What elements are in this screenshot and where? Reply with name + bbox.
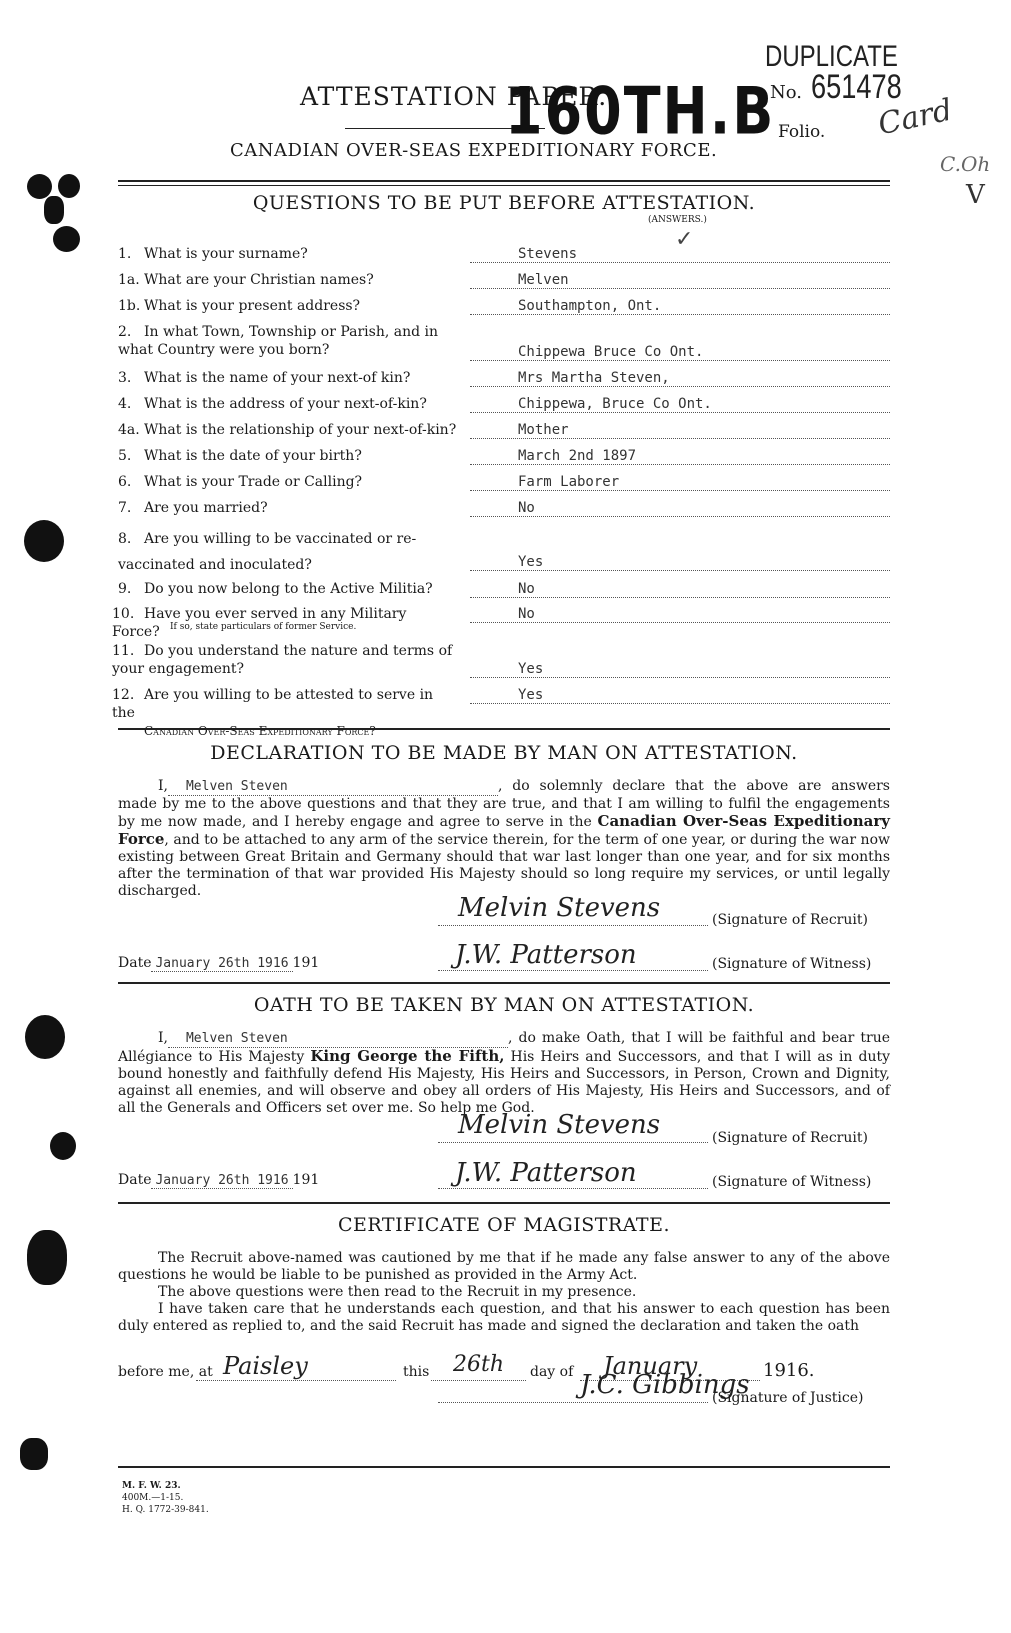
document-header: ATTESTATION PAPER. 160TH.B DUPLICATE No.… [0, 0, 1011, 170]
recruit-signature-1: Melvin Stevens [458, 893, 660, 923]
unit-stamp: 160TH.B [505, 74, 775, 150]
answer-date-of-birth: March 2nd 1897 [470, 447, 890, 465]
section-divider [118, 1202, 890, 1204]
punch-hole [24, 520, 64, 562]
answer-birthplace: Chippewa Bruce Co Ont. [470, 343, 890, 361]
place-value: Paisley [223, 1352, 308, 1380]
recruit-signature-line-1 [438, 925, 708, 926]
question-4: 4.What is the address of your next-of-ki… [118, 395, 458, 413]
question-1b: 1b.What is your present address? [118, 297, 458, 315]
question-2: 2.In what Town, Township or Parish, and … [118, 323, 458, 359]
answer-next-of-kin-address: Chippewa, Bruce Co Ont. [470, 395, 890, 413]
answer-vaccinated: Yes [470, 553, 890, 571]
question-1: 1.What is your surname? [118, 245, 458, 263]
oath-text: I,Melven Steven, do make Oath, that I wi… [118, 1030, 890, 1117]
declaration-date: DateJanuary 26th 1916191 [118, 955, 319, 971]
punch-hole [27, 174, 52, 199]
recruit-signature-2: Melvin Stevens [458, 1110, 660, 1140]
header-rule [118, 180, 890, 182]
section-divider [118, 728, 890, 730]
witness-signature-1: J.W. Patterson [455, 940, 637, 970]
document-subtitle: CANADIAN OVER-SEAS EXPEDITIONARY FORCE. [230, 140, 717, 161]
recruit-signature-label-2: (Signature of Recruit) [712, 1130, 868, 1146]
answer-married: No [470, 499, 890, 517]
answer-active-militia: No [470, 580, 890, 598]
day-line [431, 1380, 526, 1381]
witness-signature-line-1 [438, 970, 708, 971]
answer-willing-to-serve: Yes [470, 686, 890, 704]
declaration-title: DECLARATION TO BE MADE BY MAN ON ATTESTA… [118, 742, 890, 764]
questions-title: QUESTIONS TO BE PUT BEFORE ATTESTATION. [118, 192, 890, 214]
recruit-signature-label-1: (Signature of Recruit) [712, 912, 868, 928]
certificate-place-date-row: before me, at Paisley this 26th day of J… [118, 1352, 890, 1382]
declaration-name-field: Melven Steven [168, 778, 498, 796]
question-4a: 4a.What is the relationship of your next… [118, 421, 468, 439]
answer-surname: Stevens [470, 245, 890, 263]
punch-hole [58, 174, 80, 198]
regimental-number: No. 651478 [770, 68, 925, 107]
question-11: 11.Do you understand the nature and term… [112, 642, 458, 678]
oath-title: OATH TO BE TAKEN BY MAN ON ATTESTATION. [118, 994, 890, 1016]
margin-note-checkmark: V [966, 180, 985, 210]
answers-label: (ANSWERS.) [648, 215, 707, 225]
witness-signature-line-2 [438, 1188, 708, 1189]
folio-label: Folio. [778, 122, 825, 142]
oath-name-field: Melven Steven [168, 1030, 508, 1048]
question-3: 3.What is the name of your next-of kin? [118, 369, 458, 387]
question-10-note: If so, state particulars of former Servi… [170, 622, 356, 632]
punch-hole [25, 1015, 65, 1059]
form-code: M. F. W. 23. [122, 1480, 209, 1492]
year-value: 1916. [763, 1360, 815, 1381]
declaration-text: I,Melven Steven, do solemnly declare tha… [118, 778, 890, 900]
question-7: 7.Are you married? [118, 499, 458, 517]
certificate-paragraph-2: The above questions were then read to th… [118, 1284, 890, 1301]
punch-hole [27, 1230, 67, 1285]
punch-hole [44, 196, 64, 224]
place-line [196, 1380, 396, 1381]
witness-signature-label-2: (Signature of Witness) [712, 1174, 871, 1190]
justice-signature-label: (Signature of Justice) [712, 1390, 864, 1406]
number-prefix: No. [770, 82, 802, 103]
question-9: 9.Do you now belong to the Active Militi… [118, 580, 458, 598]
section-divider [118, 982, 890, 984]
question-12: 12.Are you willing to be attested to ser… [112, 686, 458, 740]
answer-understand-terms: Yes [470, 660, 890, 678]
witness-signature-label-1: (Signature of Witness) [712, 956, 871, 972]
question-6: 6.What is your Trade or Calling? [118, 473, 458, 491]
answer-next-of-kin-name: Mrs Martha Steven, [470, 369, 890, 387]
question-1a: 1a.What are your Christian names? [118, 271, 458, 289]
certificate-title: CERTIFICATE OF MAGISTRATE. [118, 1214, 890, 1236]
day-value: 26th [453, 1352, 504, 1377]
punch-hole [53, 226, 80, 252]
margin-note-initials: C.Oh [940, 152, 990, 176]
punch-hole [20, 1438, 48, 1470]
number-value: 651478 [811, 68, 902, 107]
answer-christian-names: Melven [470, 271, 890, 289]
hq-file-number: H. Q. 1772-39-841. [122, 1504, 209, 1516]
certificate-paragraph-3: I have taken care that he understands ea… [118, 1301, 890, 1335]
recruit-signature-line-2 [438, 1142, 708, 1143]
justice-signature-line [438, 1402, 708, 1403]
footer-divider [118, 1466, 890, 1468]
oath-date: DateJanuary 26th 1916191 [118, 1172, 319, 1188]
answer-trade: Farm Laborer [470, 473, 890, 491]
answer-military-force: No [470, 605, 890, 623]
punch-hole [50, 1132, 76, 1160]
form-reference: M. F. W. 23. 400M.—1-15. H. Q. 1772-39-8… [122, 1480, 209, 1516]
certificate-paragraph-1: The Recruit above-named was cautioned by… [118, 1250, 890, 1284]
answer-present-address: Southampton, Ont. [470, 297, 890, 315]
answer-next-of-kin-relationship: Mother [470, 421, 890, 439]
print-run: 400M.—1-15. [122, 1492, 209, 1504]
question-5: 5.What is the date of your birth? [118, 447, 458, 465]
question-8: 8.Are you willing to be vaccinated or re… [118, 526, 458, 578]
witness-signature-2: J.W. Patterson [455, 1158, 637, 1188]
